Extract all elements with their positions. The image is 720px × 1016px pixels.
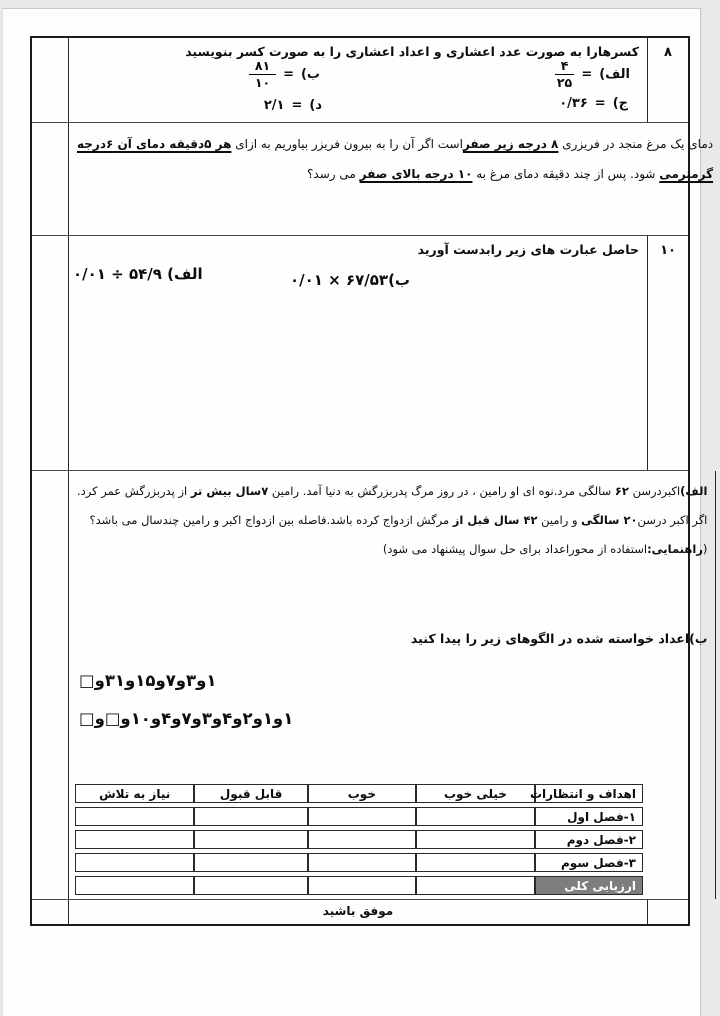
rubric-empty-cell (416, 807, 535, 826)
question-10-row: حاصل عبارت های زیر رابدست آورید ب)۶۷/۵۳ … (32, 236, 688, 471)
footer-message: موفق باشید (69, 900, 647, 924)
q11-seg: مرگش ازدواج کرده باشد.فاصله بین ازدواج ا… (90, 513, 453, 527)
q8-dal-label: د) (309, 98, 322, 113)
footer-number-cell (647, 900, 688, 924)
q11-part-b-title: ب)اعداد خواسته شده در الگوهای زیر را پید… (411, 631, 707, 646)
rubric-empty-cell (194, 876, 308, 895)
q9-text-line2: گرمترمی شود. پس از چند دقیقه دمای مرغ به… (69, 159, 720, 189)
q8-jim-label: ج) (613, 96, 628, 111)
q8-number: ۸ (664, 45, 672, 60)
question-9-row: دمای یک مرغ منجد در فریزری ۸ درجه زیر صف… (32, 123, 688, 236)
rubric-row-overall: ارزیابی کلی (75, 876, 643, 895)
q11-emph-20: ۲۰ سالگی (581, 513, 637, 527)
question-8-row: کسرهارا به صورت عدد اعشاری و اعداد اعشار… (32, 38, 688, 123)
rubric-header-row: اهداف و انتظارات خیلی خوب خوب قابل قبول … (75, 784, 643, 803)
q11-emph-7years: ۷سال بیش تر (191, 484, 268, 498)
q8-item-dal: د) = ۲/۱ (264, 98, 322, 113)
rubric-empty-cell (75, 876, 194, 895)
q9-emph-warmer: گرمترمی (659, 167, 713, 181)
q11-number-pattern-1: ۱و۳و۷و۱۵و۳۱و□ (79, 671, 216, 690)
q11-seg: ( (703, 542, 708, 556)
assessment-rubric-table: اهداف و انتظارات خیلی خوب خوب قابل قبول … (75, 780, 643, 899)
q11-content-cell: الف)اکبردرسن ۶۲ سالگی مرد.نوه ای او رامی… (69, 471, 715, 899)
q8-alef-denominator: ۲۵ (557, 75, 572, 90)
rubric-empty-cell (308, 830, 416, 849)
q11-seg: استفاده از محوراعداد برای حل سوال پیشنها… (383, 542, 647, 556)
q10-score-cell (32, 236, 69, 470)
rubric-header-needs-effort: نیاز به تلاش (75, 784, 194, 803)
q11-hint-label: راهنمایی: (647, 542, 703, 556)
q8-jim-value: ۰/۳۶ (559, 96, 588, 111)
q8-alef-equals: = (581, 67, 592, 82)
rubric-empty-cell (308, 807, 416, 826)
rubric-empty-cell (416, 830, 535, 849)
q11-text-line3: (راهنمایی:استفاده از محوراعداد برای حل س… (69, 535, 715, 564)
q8-alef-numerator: ۴ (555, 59, 575, 75)
q9-seg: است اگر آن را به بیرون فریزر بیاوریم به … (231, 137, 463, 151)
q9-seg: دمای یک مرغ منجد در فریزری (558, 137, 713, 151)
q9-emph-above-zero: ۱۰ درجه بالای صفر (360, 167, 473, 181)
q11-number-cell: ۱۱ تشویقی (715, 471, 720, 899)
scanned-worksheet-page: کسرهارا به صورت عدد اعشاری و اعداد اعشار… (2, 8, 701, 1016)
q11-seg: اکبردرسن (629, 484, 680, 498)
q9-text-line1: دمای یک مرغ منجد در فریزری ۸ درجه زیر صف… (69, 129, 720, 159)
q8-item-jim: ج) = ۰/۳۶ (559, 96, 628, 111)
q10-expression-b: ب)۶۷/۵۳ × ۰/۰۱ (290, 271, 410, 289)
rubric-label-overall: ارزیابی کلی (535, 876, 643, 895)
rubric-label-chapter1: ۱-فصل اول (535, 807, 643, 826)
q10-title: حاصل عبارت های زیر رابدست آورید (69, 236, 647, 257)
q11-alef-label: الف) (680, 484, 707, 498)
q11-seg: سالگی مرد.نوه ای او رامین ، در روز مرگ پ… (268, 484, 615, 498)
rubric-header-acceptable: قابل قبول (194, 784, 308, 803)
rubric-empty-cell (194, 853, 308, 872)
rubric-row-chapter3: ۳-فصل سوم (75, 853, 643, 872)
q11-seg: و رامین (538, 513, 582, 527)
rubric-empty-cell (308, 853, 416, 872)
q11-text-line2: اگر اکبر درسن۲۰ سالگی و رامین ۴۲ سال قبل… (69, 506, 715, 535)
q8-title: کسرهارا به صورت عدد اعشاری و اعداد اعشار… (69, 38, 647, 59)
q11-score-cell (32, 471, 69, 899)
q11-number-pattern-2: ۱و۱و۲و۴و۳و۷و۴و۱۰و□و□ (79, 709, 293, 728)
rubric-header-goals: اهداف و انتظارات (535, 784, 643, 803)
q9-score-cell (32, 123, 69, 235)
q11-seg: اگر اکبر درسن (638, 513, 708, 527)
q8-dal-value: ۲/۱ (264, 98, 285, 113)
q8-content-cell: کسرهارا به صورت عدد اعشاری و اعداد اعشار… (69, 38, 647, 122)
rubric-empty-cell (416, 876, 535, 895)
q8-b-numerator: ۸۱ (249, 59, 276, 75)
q8-b-fraction: ۸۱ ۱۰ (249, 59, 276, 91)
q11-seg: از پدربزرگش عمر کرد. (77, 484, 191, 498)
q8-alef-label: الف) (599, 67, 630, 82)
rubric-row-chapter2: ۲-فصل دوم (75, 830, 643, 849)
q8-number-cell: ۸ (647, 38, 688, 122)
q8-item-b: ب) = ۸۱ ۱۰ (249, 59, 320, 91)
rubric-empty-cell (416, 853, 535, 872)
question-11-row: الف)اکبردرسن ۶۲ سالگی مرد.نوه ای او رامی… (32, 471, 688, 900)
rubric-header-good: خوب (308, 784, 416, 803)
q8-item-alef: الف) = ۴ ۲۵ (555, 59, 630, 91)
q11-emph-62: ۶۲ (615, 484, 629, 498)
q8-jim-equals: = (595, 96, 606, 111)
rubric-empty-cell (194, 830, 308, 849)
footer-row: موفق باشید (32, 900, 688, 924)
q9-emph-rate: هر ۵دقیقه دمای آن ۶درجه (77, 137, 231, 151)
rubric-label-chapter2: ۲-فصل دوم (535, 830, 643, 849)
q11-emph-42: ۴۲ سال قبل از (453, 513, 538, 527)
q11-text-line1: الف)اکبردرسن ۶۲ سالگی مرد.نوه ای او رامی… (69, 477, 715, 506)
q9-emph-below-zero: ۸ درجه زیر صفر (463, 137, 558, 151)
q10-number: ۱۰ (660, 243, 676, 258)
q10-content-cell: حاصل عبارت های زیر رابدست آورید ب)۶۷/۵۳ … (69, 236, 647, 470)
rubric-header-very-good: خیلی خوب (416, 784, 535, 803)
q8-b-denominator: ۱۰ (255, 75, 270, 90)
q9-content-cell: دمای یک مرغ منجد در فریزری ۸ درجه زیر صف… (69, 123, 720, 235)
rubric-label-chapter3: ۳-فصل سوم (535, 853, 643, 872)
q10-number-cell: ۱۰ (647, 236, 688, 470)
q8-b-equals: = (283, 67, 294, 82)
q9-seg: شود. پس از چند دقیقه دمای مرغ به (472, 167, 659, 181)
rubric-row-chapter1: ۱-فصل اول (75, 807, 643, 826)
q8-score-cell (32, 38, 69, 122)
rubric-empty-cell (75, 853, 194, 872)
worksheet-table: کسرهارا به صورت عدد اعشاری و اعداد اعشار… (30, 36, 690, 926)
footer-score-cell (32, 900, 69, 924)
q8-alef-fraction: ۴ ۲۵ (555, 59, 575, 91)
rubric-empty-cell (308, 876, 416, 895)
q8-dal-equals: = (291, 98, 302, 113)
q8-b-label: ب) (301, 67, 320, 82)
rubric-empty-cell (194, 807, 308, 826)
rubric-empty-cell (75, 807, 194, 826)
q9-seg: می رسد؟ (307, 167, 360, 181)
q10-expression-alef: الف) ۵۴/۹ ÷ ۰/۰۱ (73, 265, 203, 283)
q11-bonus-tag: تشویقی (716, 501, 720, 511)
rubric-empty-cell (75, 830, 194, 849)
